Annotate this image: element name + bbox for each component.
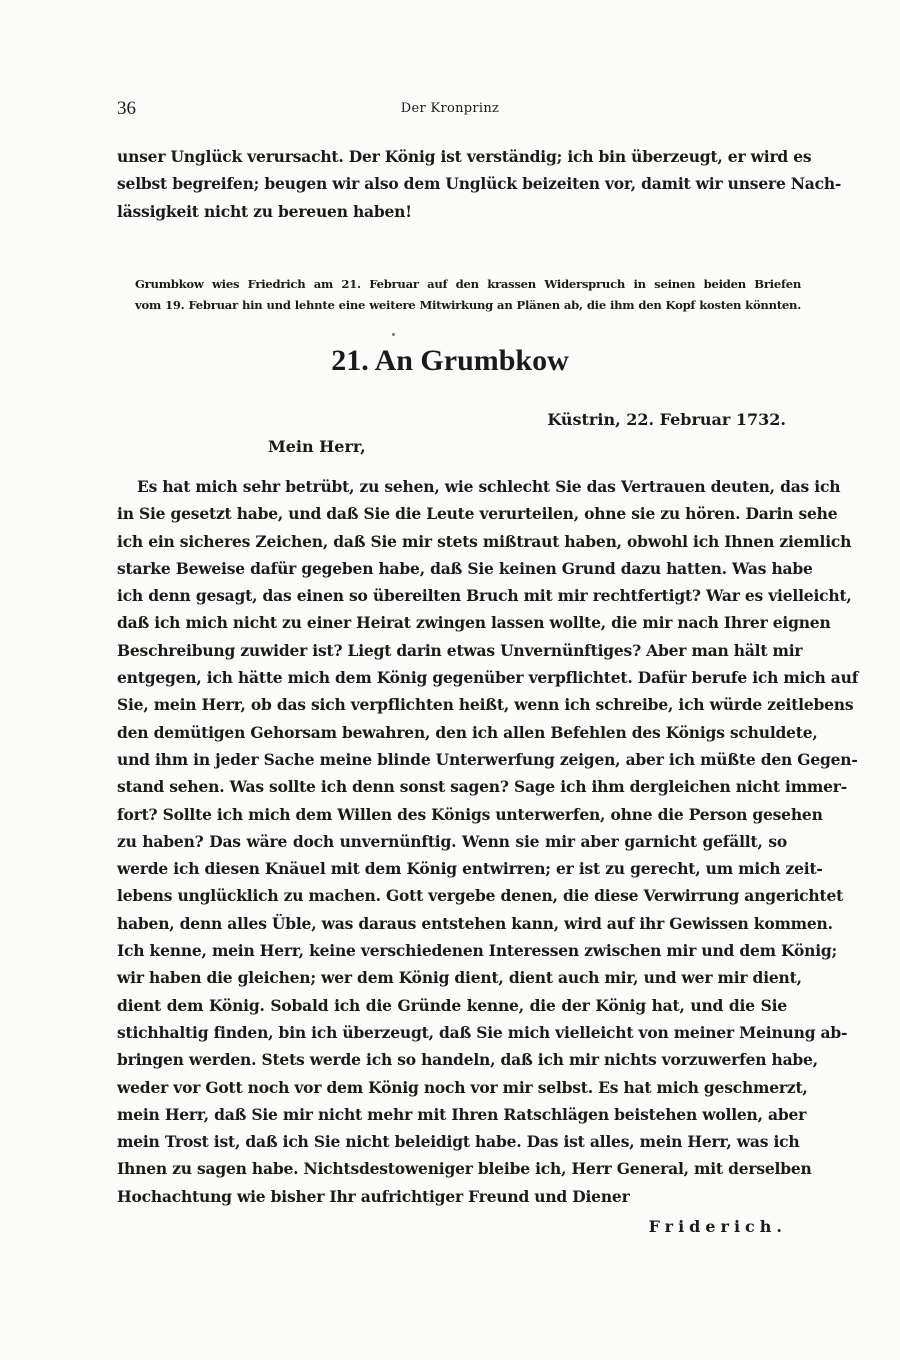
- text-line: mein Herr, daß Sie mir nicht mehr mit Ih…: [117, 1101, 787, 1128]
- text-line: mein Trost ist, daß ich Sie nicht beleid…: [117, 1128, 787, 1155]
- text-line: entgegen, ich hätte mich dem König gegen…: [117, 664, 787, 691]
- text-line: weder vor Gott noch vor dem König noch v…: [117, 1074, 787, 1101]
- carryover-paragraph: unser Unglück verursacht. Der König ist …: [117, 143, 787, 225]
- text-line: zu haben? Das wäre doch unvernünftig. We…: [117, 828, 787, 855]
- text-line: Ihnen zu sagen habe. Nichtsdestoweniger …: [117, 1155, 787, 1182]
- text-line: werde ich diesen Knäuel mit dem König en…: [117, 855, 787, 882]
- text-line: ich ein sicheres Zeichen, daß Sie mir st…: [117, 528, 787, 555]
- text-line: lebens unglücklich zu machen. Gott verge…: [117, 882, 787, 909]
- text-line: und ihm in jeder Sache meine blinde Unte…: [117, 746, 787, 773]
- editorial-note: Grumbkow wies Friedrich am 21. Februar a…: [135, 274, 801, 316]
- text-line: stand sehen. Was sollte ich denn sonst s…: [117, 773, 787, 800]
- text-line: dient dem König. Sobald ich die Gründe k…: [117, 992, 787, 1019]
- letter-body: Es hat mich sehr betrübt, zu sehen, wie …: [117, 473, 787, 1210]
- text-line: unser Unglück verursacht. Der König ist …: [117, 143, 787, 170]
- note-line: vom 19. Februar hin und lehnte eine weit…: [135, 295, 801, 316]
- text-line: Es hat mich sehr betrübt, zu sehen, wie …: [117, 473, 787, 500]
- note-line: Grumbkow wies Friedrich am 21. Februar a…: [135, 274, 801, 295]
- text-line: starke Beweise dafür gegeben habe, daß S…: [117, 555, 787, 582]
- text-line: wir haben die gleichen; wer dem König di…: [117, 964, 787, 991]
- text-line: stichhaltig finden, bin ich überzeugt, d…: [117, 1019, 787, 1046]
- text-line: Hochachtung wie bisher Ihr aufrichtiger …: [117, 1183, 787, 1210]
- text-line: selbst begreifen; beugen wir also dem Un…: [117, 170, 787, 197]
- letter-salutation: Mein Herr,: [268, 437, 366, 456]
- letter-signature: Friderich.: [649, 1217, 787, 1236]
- text-line: Ich kenne, mein Herr, keine verschiedene…: [117, 937, 787, 964]
- text-line: in Sie gesetzt habe, und daß Sie die Leu…: [117, 500, 787, 527]
- text-line: daß ich mich nicht zu einer Heirat zwing…: [117, 609, 787, 636]
- text-line: bringen werden. Stets werde ich so hande…: [117, 1046, 787, 1073]
- text-line: Sie, mein Herr, ob das sich verpflichten…: [117, 691, 787, 718]
- text-line: Beschreibung zuwider ist? Liegt darin et…: [117, 637, 787, 664]
- print-speck: [392, 333, 395, 336]
- running-title: Der Kronprinz: [0, 101, 900, 116]
- letter-place-date: Küstrin, 22. Februar 1732.: [547, 410, 786, 429]
- letter-heading: 21. An Grumbkow: [0, 344, 900, 378]
- text-line: haben, denn alles Üble, was daraus entst…: [117, 910, 787, 937]
- text-line: fort? Sollte ich mich dem Willen des Kön…: [117, 801, 787, 828]
- text-line: lässigkeit nicht zu bereuen haben!: [117, 198, 787, 225]
- text-line: ich denn gesagt, das einen so übereilten…: [117, 582, 787, 609]
- text-line: den demütigen Gehorsam bewahren, den ich…: [117, 719, 787, 746]
